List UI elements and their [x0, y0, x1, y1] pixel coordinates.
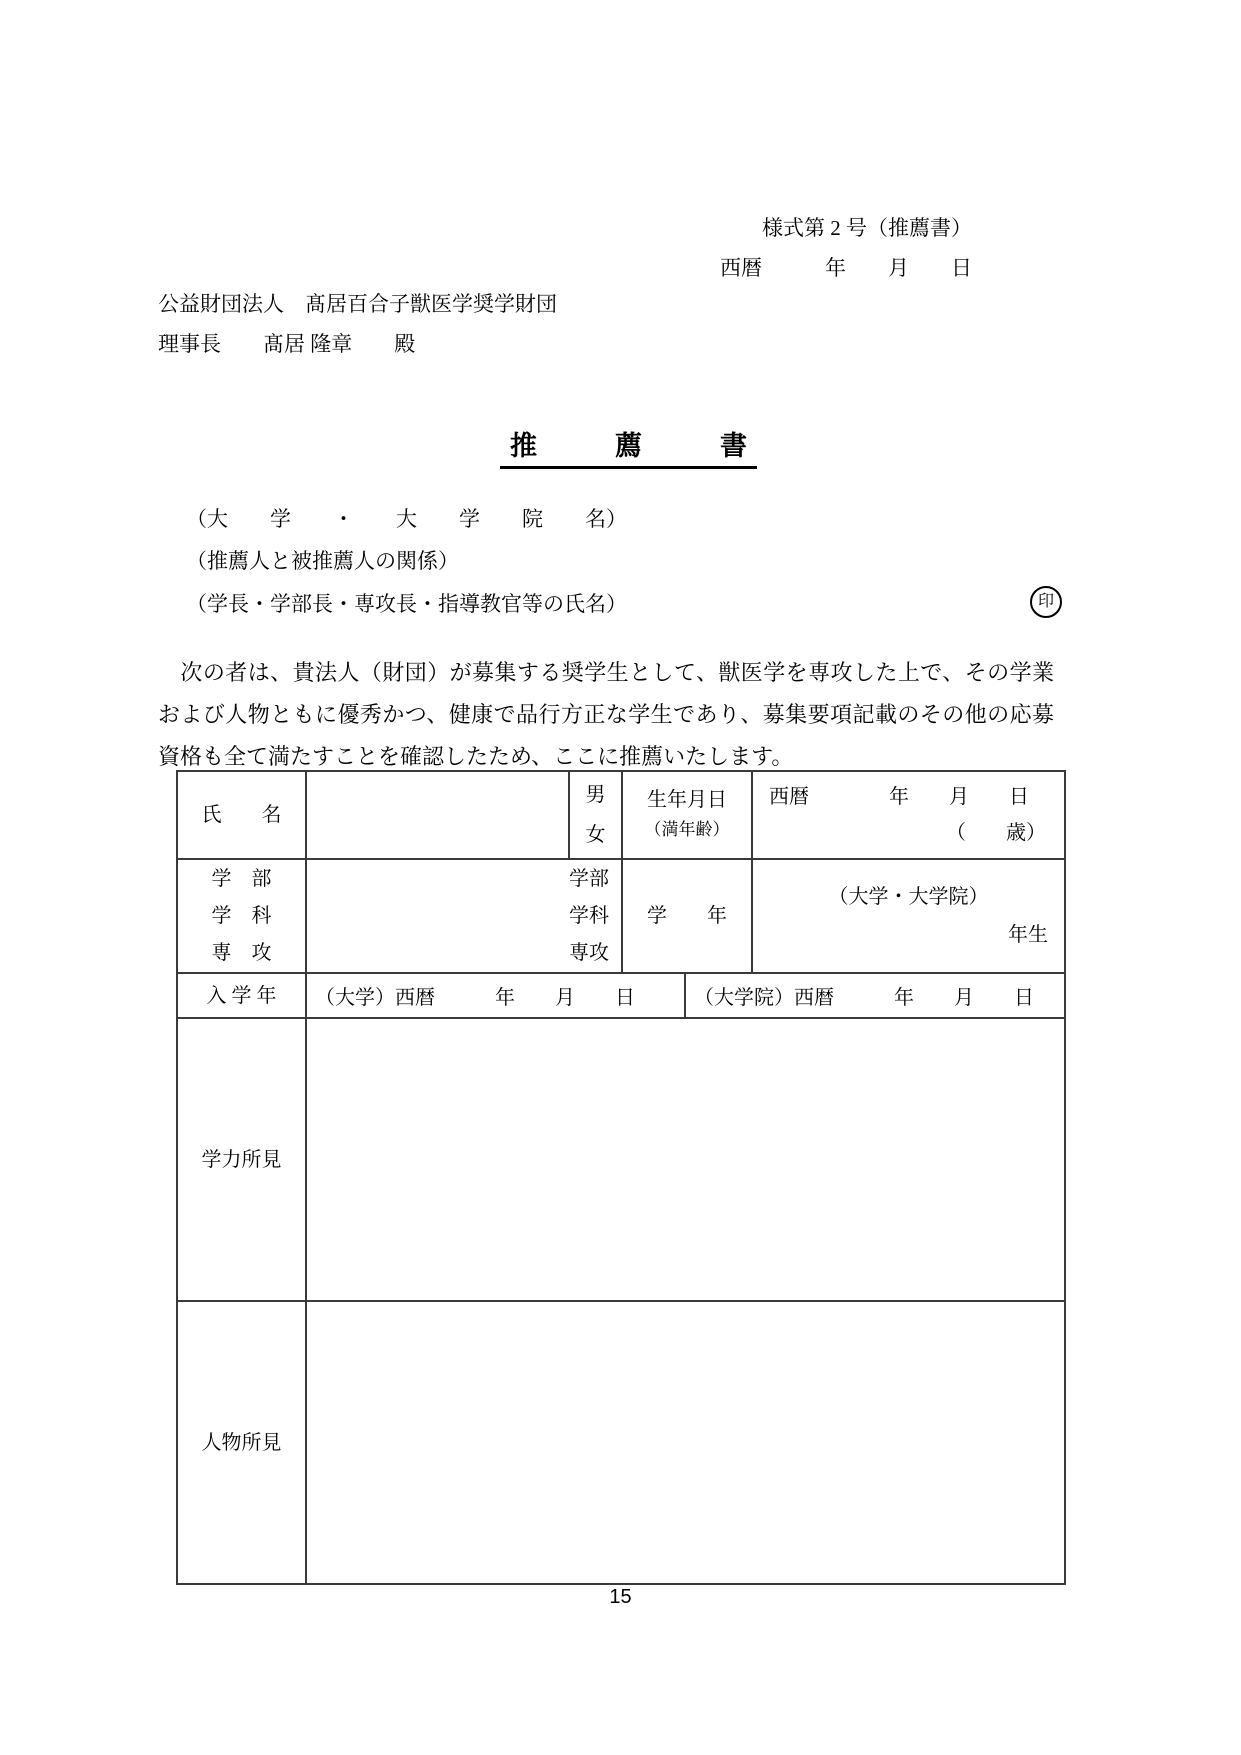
faculty-label-line: 学 部	[178, 861, 305, 898]
applicant-info-table: 氏 名 男 女 生年月日 （満年齢） 西暦 年 月 日 （ 歳） 学 部 学 科…	[176, 770, 1066, 1585]
character-opinion-label-cell: 人物所見	[177, 1301, 306, 1584]
grade-note: （大学・大学院）	[753, 878, 1064, 916]
dob-value-line: 西暦 年 月 日	[753, 779, 1064, 815]
form-number-label: 様式第 2 号（推薦書）	[762, 212, 972, 242]
department-hint-line: 学科	[307, 898, 621, 935]
relationship-field: （推薦人と被推薦人の関係）	[186, 545, 459, 575]
grade-label-cell: 学 年	[622, 859, 752, 973]
faculty-input-cell: 学部 学科 専攻	[306, 859, 622, 973]
addressee-organization: 公益財団法人 髙居百合子獣医学奨学財団	[158, 288, 557, 318]
seal-character: 印	[1038, 594, 1054, 610]
character-opinion-label: 人物所見	[202, 1432, 282, 1454]
addressee-person: 理事長 髙居 隆章 殿	[158, 328, 415, 358]
gender-male-label: 男	[570, 775, 621, 815]
university-name-field: （大 学 ・ 大 学 院 名）	[186, 503, 627, 533]
major-label-line: 専 攻	[178, 935, 305, 972]
header-date-line: 西暦 年 月 日	[720, 252, 972, 282]
department-label-line: 学 科	[178, 898, 305, 935]
academic-opinion-input-cell	[306, 1018, 1065, 1301]
dob-value-cell: 西暦 年 月 日 （ 歳）	[752, 771, 1065, 859]
body-paragraph: 次の者は、貴法人（財団）が募集する奨学生として、獣医学を専攻した上で、その学業お…	[158, 652, 1054, 778]
academic-opinion-label-cell: 学力所見	[177, 1018, 306, 1301]
table-row-academic-opinion: 学力所見	[177, 1018, 1065, 1301]
document-title-row: 推 薦 書	[0, 406, 1241, 487]
admission-university-cell: （大学）西暦 年 月 日	[306, 973, 685, 1018]
admission-grad-school-line: （大学院）西暦 年 月 日	[686, 981, 1064, 1010]
name-input-cell	[306, 771, 569, 859]
name-label: 氏 名	[202, 804, 282, 826]
dob-label-cell: 生年月日 （満年齢）	[622, 771, 752, 859]
table-row-character-opinion: 人物所見	[177, 1301, 1065, 1584]
document-page: 様式第 2 号（推薦書） 西暦 年 月 日 公益財団法人 髙居百合子獣医学奨学財…	[0, 0, 1241, 1755]
admission-university-line: （大学）西暦 年 月 日	[307, 981, 684, 1010]
dob-label: 生年月日	[623, 785, 751, 815]
grade-value-cell: （大学・大学院） 年生	[752, 859, 1065, 973]
page-number: 15	[0, 1586, 1241, 1609]
recommender-name-field: （学長・学部長・専攻長・指導教官等の氏名）	[186, 588, 627, 618]
admission-label-cell: 入 学 年	[177, 973, 306, 1018]
table-row-faculty: 学 部 学 科 専 攻 学部 学科 専攻 学 年 （大学・大学院） 年生	[177, 859, 1065, 973]
major-hint-line: 専攻	[307, 935, 621, 972]
age-value-line: （ 歳）	[753, 815, 1064, 851]
admission-label: 入 学 年	[207, 985, 277, 1007]
table-row-admission: 入 学 年 （大学）西暦 年 月 日 （大学院）西暦 年 月 日	[177, 973, 1065, 1018]
gender-female-label: 女	[570, 815, 621, 855]
name-label-cell: 氏 名	[177, 771, 306, 859]
grade-suffix: 年生	[753, 916, 1064, 954]
seal-icon: 印	[1030, 586, 1062, 618]
admission-grad-school-cell: （大学院）西暦 年 月 日	[685, 973, 1065, 1018]
academic-opinion-label: 学力所見	[202, 1149, 282, 1171]
dob-sublabel: （満年齢）	[623, 815, 751, 845]
document-title: 推 薦 書	[500, 424, 757, 469]
gender-cell: 男 女	[569, 771, 622, 859]
table-row-name: 氏 名 男 女 生年月日 （満年齢） 西暦 年 月 日 （ 歳）	[177, 771, 1065, 859]
faculty-hint-line: 学部	[307, 861, 621, 898]
faculty-label-cell: 学 部 学 科 専 攻	[177, 859, 306, 973]
character-opinion-input-cell	[306, 1301, 1065, 1584]
grade-label: 学 年	[647, 905, 727, 927]
